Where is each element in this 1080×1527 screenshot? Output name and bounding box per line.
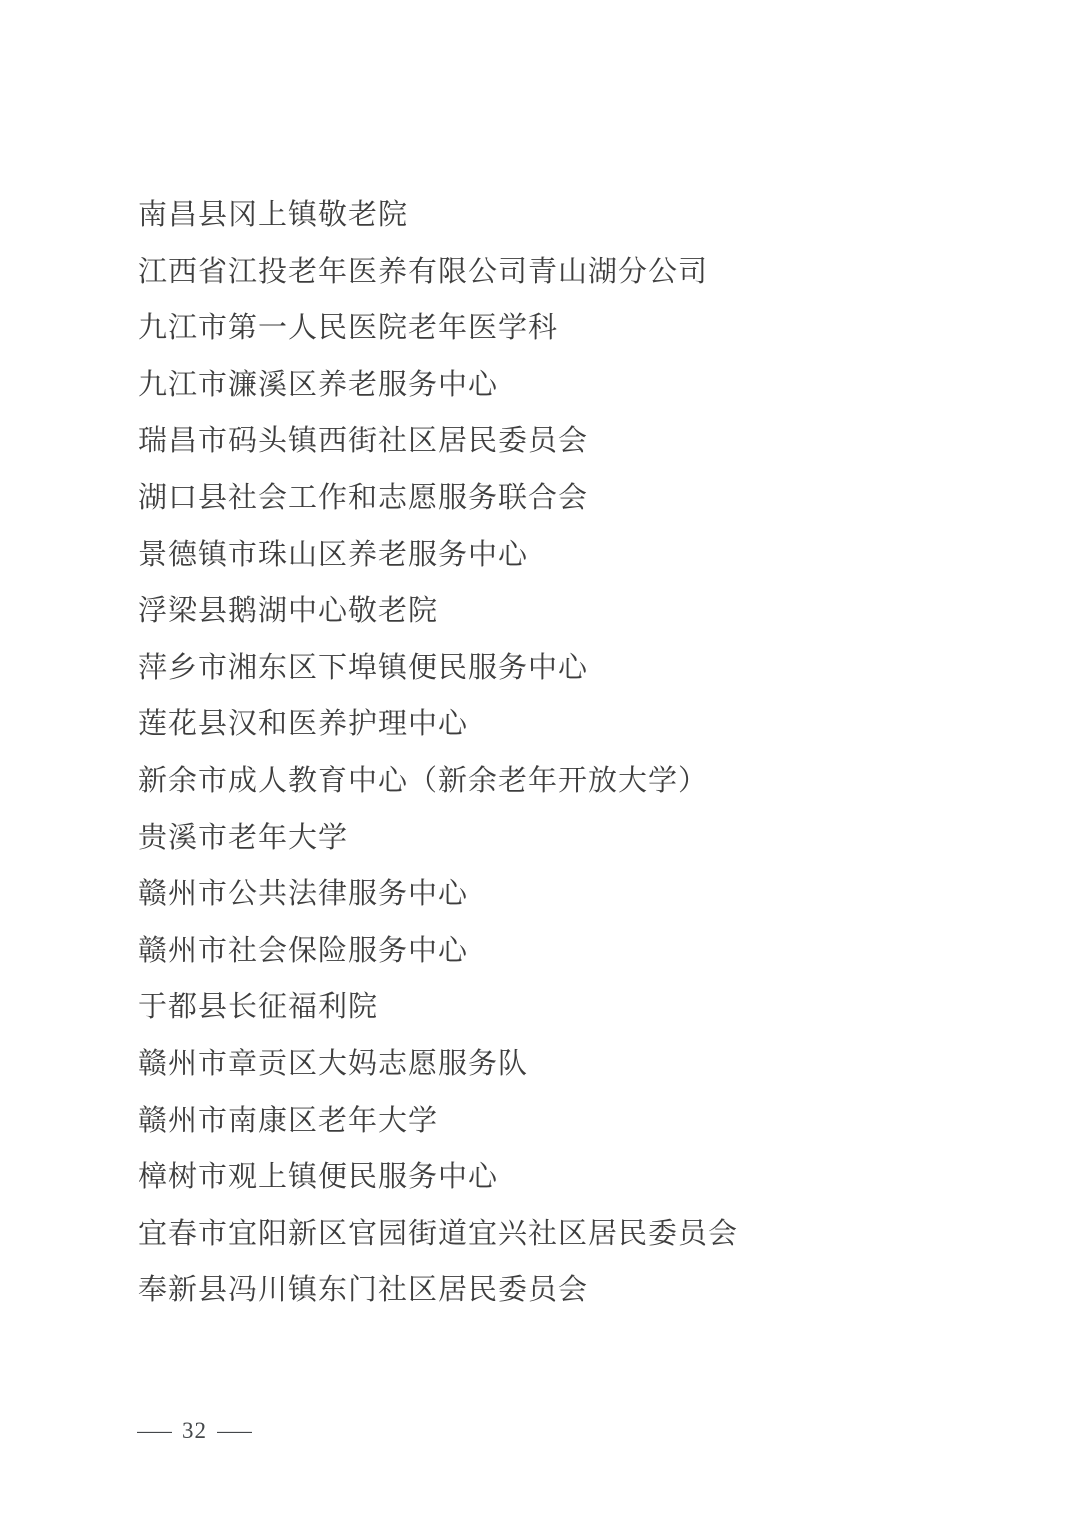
list-item: 浮梁县鹅湖中心敬老院	[138, 583, 738, 640]
list-item: 九江市濂溪区养老服务中心	[138, 357, 738, 414]
list-item: 瑞昌市码头镇西街社区居民委员会	[138, 413, 738, 470]
list-item: 萍乡市湘东区下埠镇便民服务中心	[138, 640, 738, 697]
page-footer: — 32 —	[127, 1418, 262, 1444]
list-item: 莲花县汉和医养护理中心	[138, 696, 738, 753]
list-item: 贵溪市老年大学	[138, 810, 738, 867]
list-item: 赣州市社会保险服务中心	[138, 923, 738, 980]
list-item: 樟树市观上镇便民服务中心	[138, 1149, 738, 1206]
document-page: 南昌县冈上镇敬老院 江西省江投老年医养有限公司青山湖分公司 九江市第一人民医院老…	[0, 0, 1080, 1527]
list-item: 九江市第一人民医院老年医学科	[138, 300, 738, 357]
list-item: 新余市成人教育中心（新余老年开放大学）	[138, 753, 738, 810]
organization-list: 南昌县冈上镇敬老院 江西省江投老年医养有限公司青山湖分公司 九江市第一人民医院老…	[138, 187, 738, 1319]
list-item: 于都县长征福利院	[138, 979, 738, 1036]
footer-dash-left: —	[137, 1418, 172, 1444]
footer-dash-right: —	[217, 1418, 252, 1444]
list-item: 宜春市宜阳新区官园街道宜兴社区居民委员会	[138, 1206, 738, 1263]
list-item: 赣州市章贡区大妈志愿服务队	[138, 1036, 738, 1093]
list-item: 赣州市南康区老年大学	[138, 1093, 738, 1150]
page-number: 32	[182, 1418, 207, 1444]
list-item: 赣州市公共法律服务中心	[138, 866, 738, 923]
list-item: 江西省江投老年医养有限公司青山湖分公司	[138, 244, 738, 301]
list-item: 湖口县社会工作和志愿服务联合会	[138, 470, 738, 527]
list-item: 景德镇市珠山区养老服务中心	[138, 527, 738, 584]
list-item: 奉新县冯川镇东门社区居民委员会	[138, 1262, 738, 1319]
list-item: 南昌县冈上镇敬老院	[138, 187, 738, 244]
